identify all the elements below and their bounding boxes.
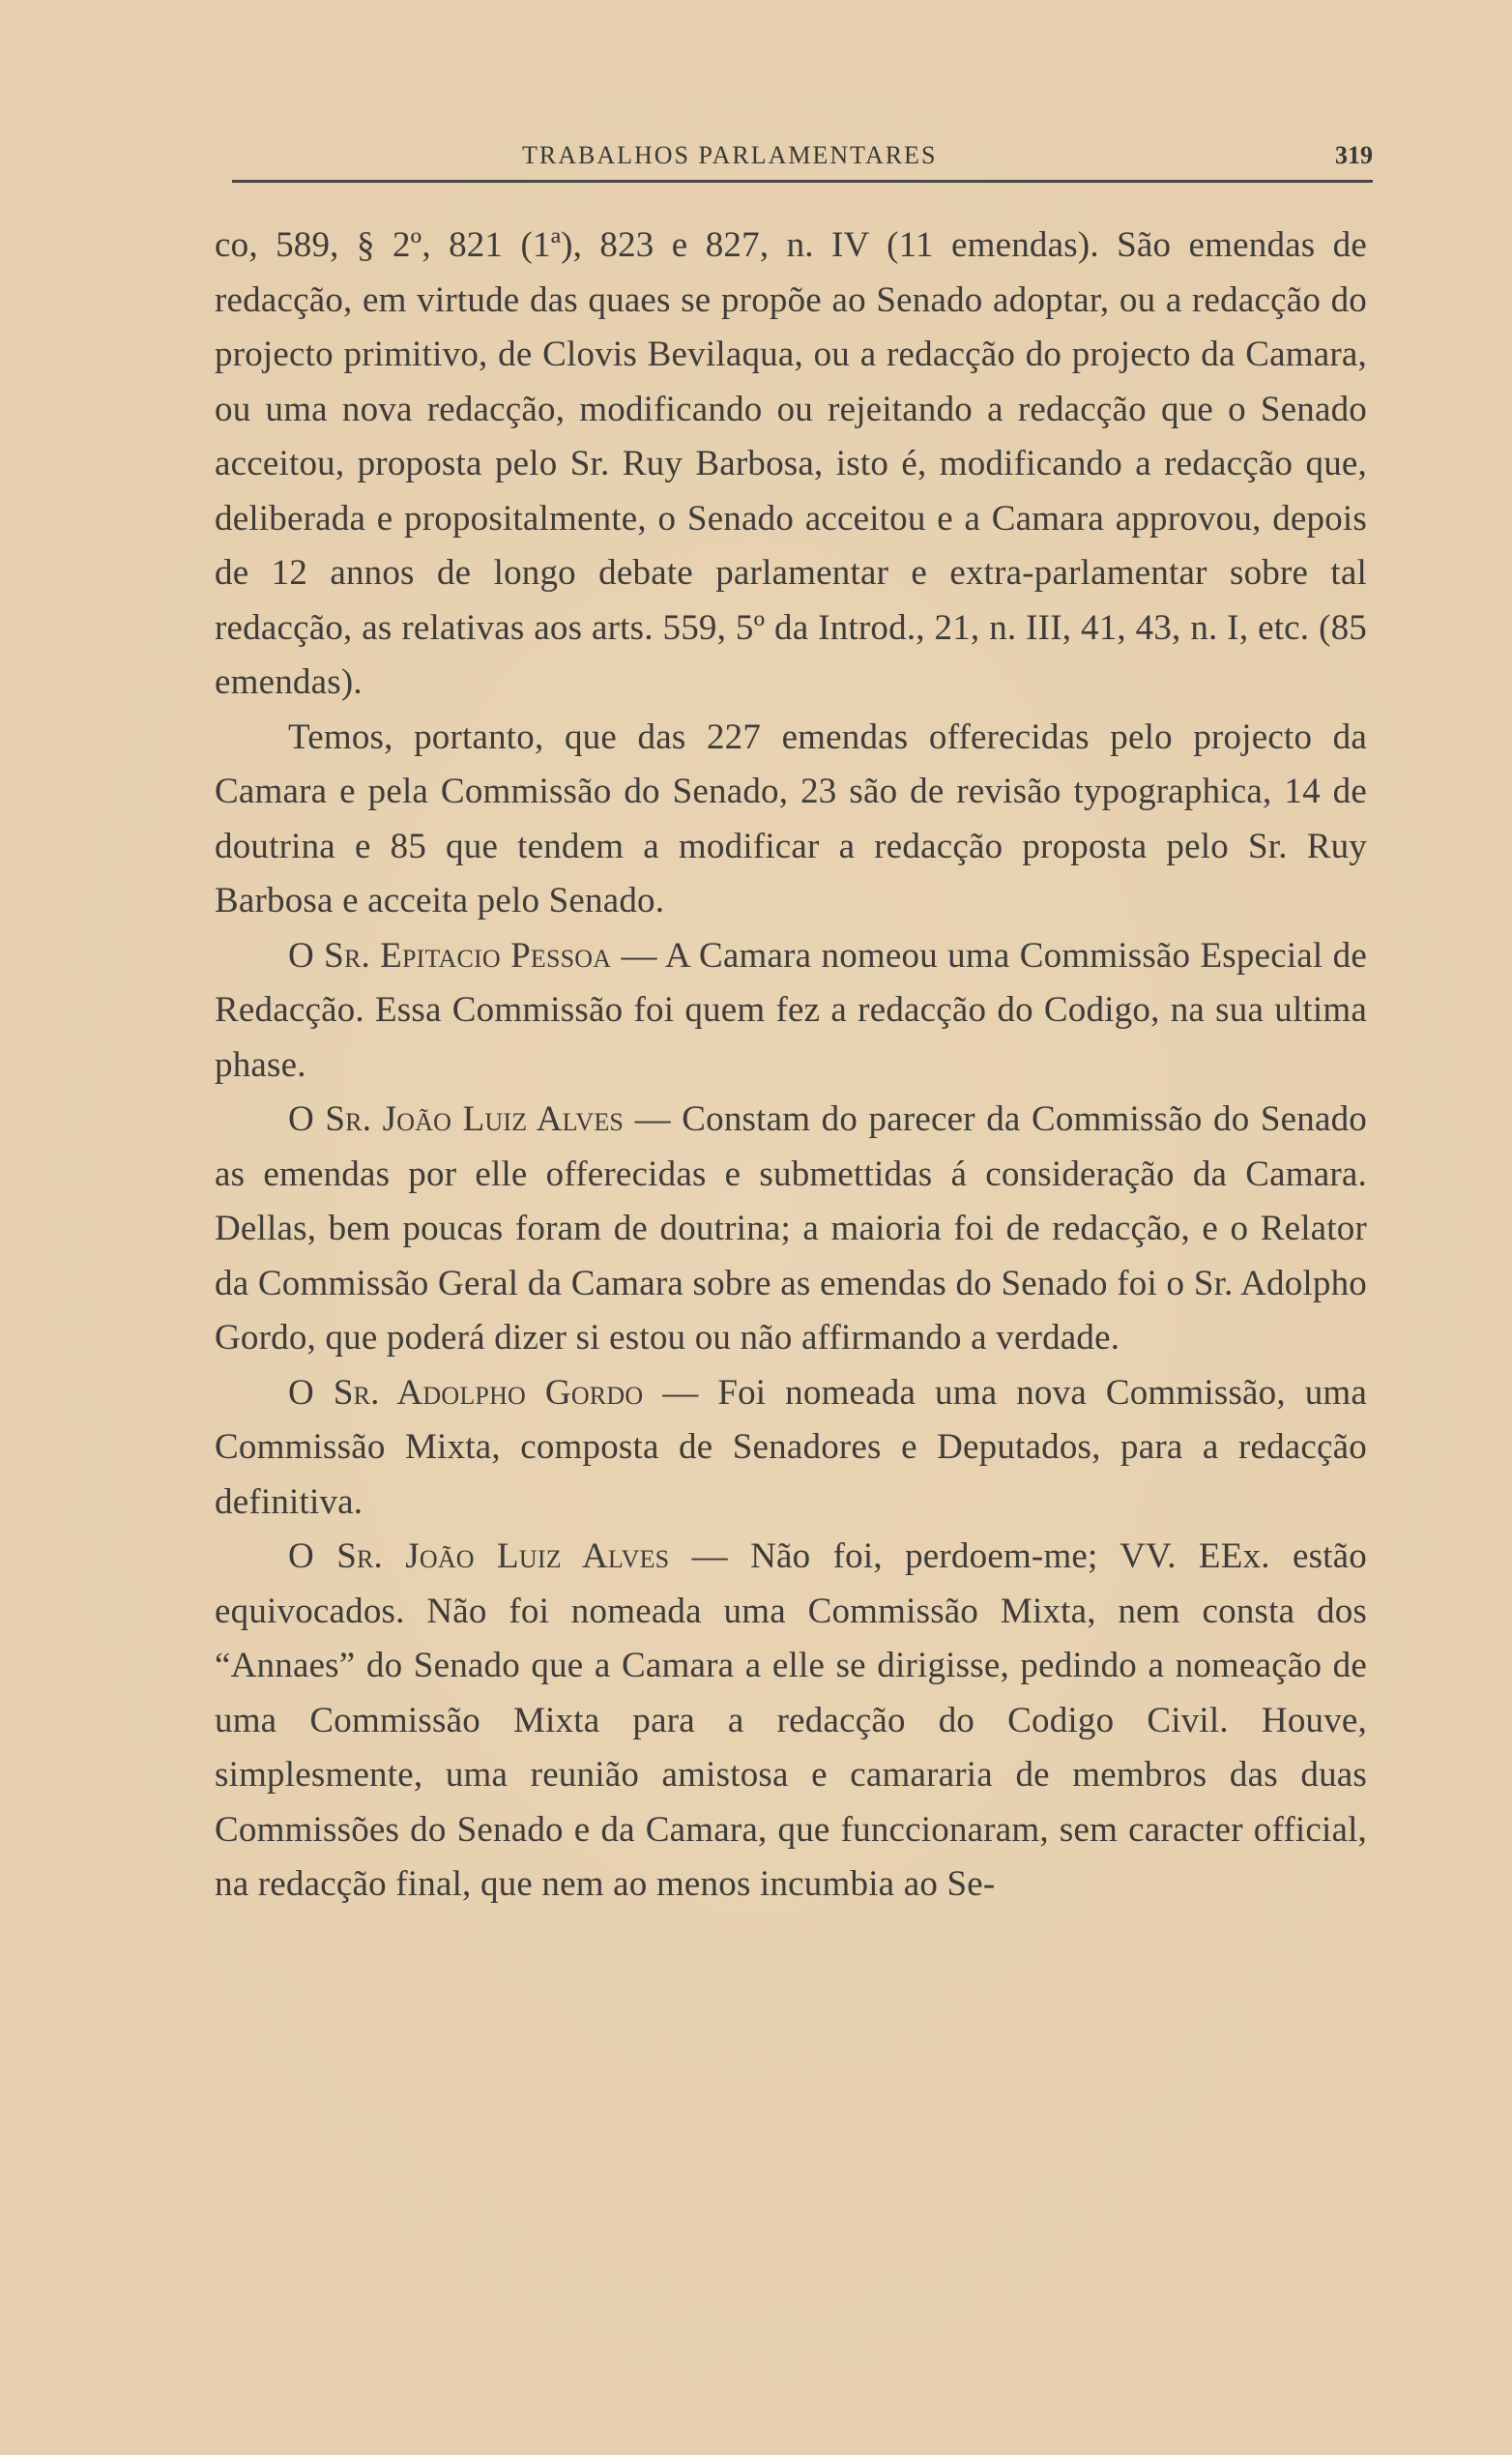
speech-epitacio-pessoa: O Sr. Epitacio Pessoa — A Camara nomeou … xyxy=(215,929,1367,1094)
speech-joao-luiz-alves-1: O Sr. João Luiz Alves — Constam do parec… xyxy=(215,1093,1367,1366)
speech-prefix: O xyxy=(288,936,314,976)
speaker-name: Sr. Epitacio Pessoa xyxy=(324,936,611,976)
book-page: TRABALHOS PARLAMENTARES 319 co, 589, § 2… xyxy=(0,0,1512,2455)
speech-joao-luiz-alves-2: O Sr. João Luiz Alves — Não foi, perdoem… xyxy=(215,1530,1367,1913)
running-header: TRABALHOS PARLAMENTARES 319 xyxy=(232,137,1373,176)
speaker-name: Sr. João Luiz Alves xyxy=(325,1099,624,1139)
page-number: 319 xyxy=(1335,141,1373,170)
body-text: co, 589, § 2º, 821 (1ª), 823 e 827, n. I… xyxy=(215,219,1367,1913)
speaker-name: Sr. Adolpho Gordo xyxy=(334,1373,643,1413)
speaker-name: Sr. João Luiz Alves xyxy=(336,1536,669,1576)
speech-dash: — xyxy=(692,1536,728,1576)
running-header-title: TRABALHOS PARLAMENTARES xyxy=(522,141,937,170)
speech-dash: — xyxy=(621,936,656,976)
speech-prefix: O xyxy=(288,1536,314,1576)
speech-prefix: O xyxy=(288,1373,314,1413)
paragraph-continuation: co, 589, § 2º, 821 (1ª), 823 e 827, n. I… xyxy=(215,219,1367,711)
header-rule xyxy=(232,180,1373,183)
paragraph-summary: Temos, portanto, que das 227 emendas off… xyxy=(215,711,1367,929)
speech-dash: — xyxy=(662,1373,698,1413)
speech-prefix: O xyxy=(288,1099,314,1139)
speech-adolpho-gordo: O Sr. Adolpho Gordo — Foi nomeada uma no… xyxy=(215,1366,1367,1531)
speech-text: Não foi, perdoem-me; VV. EEx. estão equi… xyxy=(215,1536,1367,1904)
speech-dash: — xyxy=(635,1099,671,1139)
